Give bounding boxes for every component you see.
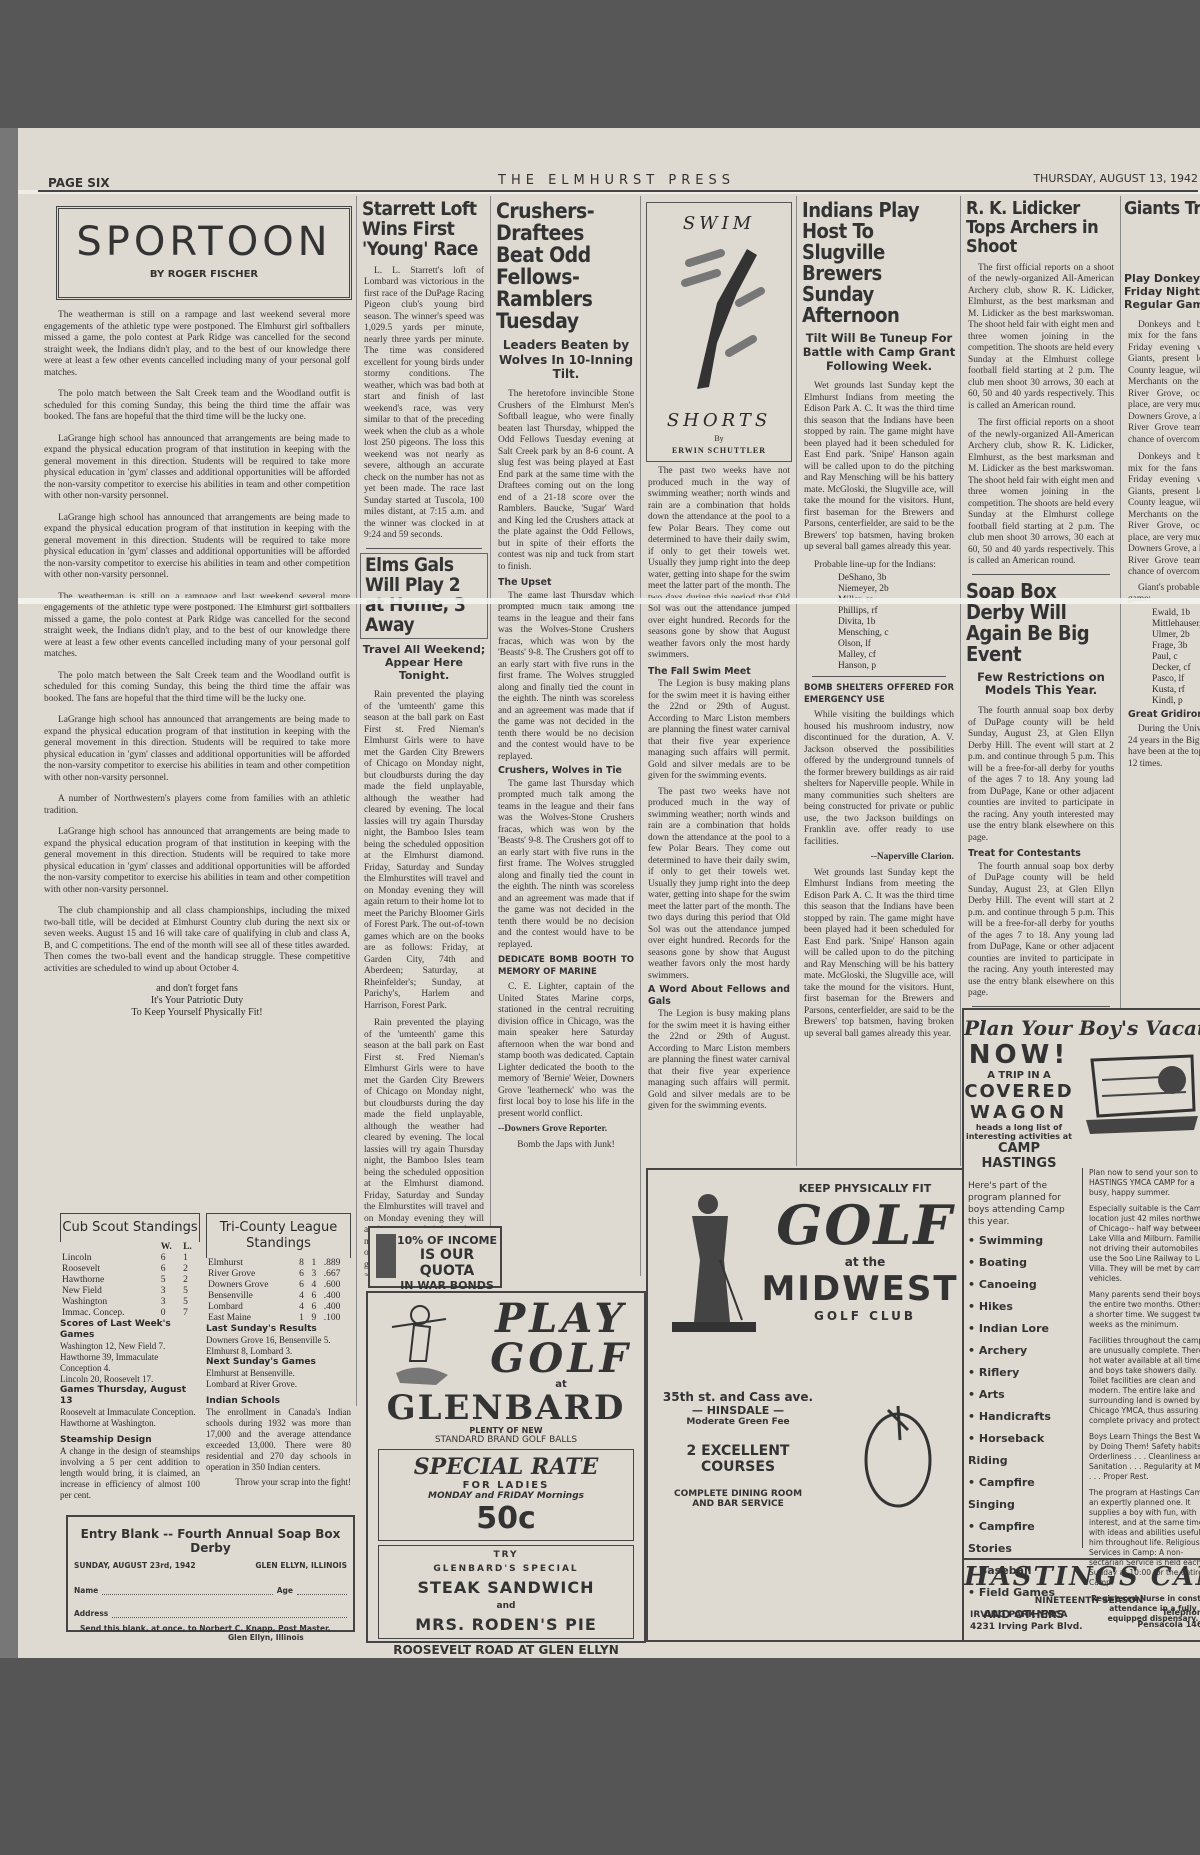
table-row: Immac. Concep.07 (60, 1308, 200, 1319)
indians-text: Wet grounds last Sunday kept the Elmhurs… (798, 866, 960, 1043)
hastings-now: NOW! (964, 1040, 1074, 1070)
result-line: Downers Grove 16, Bensenville 5. (206, 1335, 351, 1346)
lidicker-text: The first official reports on a shoot of… (962, 261, 1120, 415)
hastings-telephone: Pensacola 1468 (1137, 1620, 1200, 1629)
steamship-heading: Steamship Design (60, 1435, 200, 1446)
shorts-title: SHORTS (647, 410, 791, 431)
indians-text: Wet grounds last Sunday kept the Elmhurs… (798, 379, 960, 556)
midwest-address: 35th st. and Cass ave. (658, 1390, 818, 1404)
column-starrett: Starrett Loft Wins First 'Young' Race L.… (358, 196, 491, 1276)
giants-text: Donkeys and baseballs will again mix for… (1122, 318, 1200, 449)
swim-meet-text: The Legion is busy making plans for the … (642, 677, 796, 785)
lineup-player: Hanson, p (838, 661, 960, 672)
entry-blank-form: Entry Blank -- Fourth Annual Soap Box De… (66, 1515, 355, 1632)
midwest-bar: AND BAR SERVICE (658, 1499, 818, 1509)
starrett-text: L. L. Starrett's loft of Lombard was vic… (358, 264, 490, 544)
scan-border-top (0, 0, 1200, 128)
lineup-player: Decker, cf (1152, 663, 1200, 674)
crushers-subhead: Leaders Beaten by Wolves In 10-Inning Ti… (492, 334, 640, 385)
dedicate-text: C. E. Lighter, captain of the United Sta… (492, 980, 640, 1122)
giants-subhead: Play Donkey Baseball Friday Night and Re… (1122, 268, 1200, 316)
indians-headline: Indians Play Host To Slugville Brewers S… (798, 196, 960, 328)
hastings-heads: heads a long list of interesting activit… (964, 1123, 1074, 1141)
junk-slogan: Bomb the Japs with Junk! (492, 1138, 640, 1154)
crushers-text: The game last Thursday which prompted mu… (492, 777, 640, 954)
activity-item: • Arts (968, 1384, 1080, 1406)
swim-fellows-heading: A Word About Fellows and Gals (642, 984, 796, 1007)
war-bonds-line: 10% OF INCOME (394, 1234, 500, 1247)
hastings-headline: Plan Your Boy's Vacation (964, 1016, 1200, 1040)
activity-item: • Canoeing (968, 1274, 1080, 1296)
cub-scout-section: Cub Scout Standings W.L. Lincoln61 Roose… (60, 1213, 200, 1513)
soap-box-headline: Soap Box Derby Will Again Be Big Event (962, 579, 1120, 667)
fold-crease (18, 598, 1200, 604)
glenbards-special-text: GLENBARD'S SPECIAL (379, 1564, 633, 1574)
swim-title: SWIM (647, 213, 791, 234)
column-lidicker: R. K. Lidicker Tops Archers in Shoot The… (962, 196, 1121, 1056)
hastings-camp-label: CAMP HASTINGS (964, 1141, 1074, 1171)
table-row: Roosevelt62 (60, 1264, 200, 1275)
lineup-player: Malley, cf (838, 650, 960, 661)
gridiron-text: During the University of Michigan's 24 y… (1122, 722, 1200, 772)
send-city: Glen Ellyn, Illinois (68, 1633, 353, 1642)
hastings-ymca: IRVING PARK YMCA (970, 1610, 1067, 1620)
hastings-season: NINETEENTH SEASON (964, 1596, 1200, 1606)
activity-item: • Indian Lore (968, 1318, 1080, 1340)
result-line: Elmhurst 8, Lombard 3. (206, 1346, 351, 1357)
and-text: and (379, 1601, 633, 1611)
contestants-heading: Treat for Contestants (962, 848, 1120, 860)
glenbard-address: ROOSEVELT ROAD AT GLEN ELLYN (368, 1643, 644, 1657)
activity-item: • Riflery (968, 1362, 1080, 1384)
activity-item: • Campfire Stories (968, 1516, 1080, 1560)
table-row: Elmhurst81.889 (206, 1258, 351, 1269)
soap-box-subhead: Few Restrictions on Models This Year. (962, 667, 1120, 703)
lidicker-text: The first official reports on a shoot of… (962, 416, 1120, 570)
price: 50c (379, 1501, 633, 1536)
swim-by: By (647, 434, 791, 443)
midwest-fee: Moderate Green Fee (658, 1417, 818, 1427)
newspaper-page: PAGE SIX THE ELMHURST PRESS THURSDAY, AU… (18, 128, 1200, 1658)
lineup-player: Mensching, c (838, 628, 960, 639)
lineup-player: Divita, 1b (838, 617, 960, 628)
lineup-player: Ewald, 1b (1152, 608, 1200, 619)
closing-line: It's Your Patriotic Duty (38, 995, 356, 1007)
war-bonds-ad: 10% OF INCOME IS OUR QUOTA IN WAR BONDS (368, 1226, 502, 1288)
table-row: River Grove63.667 (206, 1269, 351, 1280)
facilities-text: Facilities throughout the camp are unusu… (1089, 1336, 1200, 1426)
entry-date: SUNDAY, AUGUST 23rd, 1942 (74, 1561, 196, 1570)
cub-scout-table: W.L. Lincoln61 Roosevelt62 Hawthorne52 N… (60, 1242, 200, 1319)
learn-text: Boys Learn Things the Best Way--by Doing… (1089, 1432, 1200, 1482)
golf-balls-text: STANDARD BRAND GOLF BALLS (368, 1435, 644, 1445)
results-heading: Last Sunday's Results (206, 1324, 351, 1335)
column-swim-shorts: SWIM SHORTS By ERWIN SCHUTTLER The past … (642, 196, 797, 1166)
flag-soldier-icon (376, 1234, 396, 1278)
table-row: Bensenville46.400 (206, 1291, 351, 1302)
giants-body: Play Donkey Baseball Friday Night and Re… (1122, 268, 1200, 1058)
steak-sandwich-box: TRY GLENBARD'S SPECIAL STEAK SANDWICH an… (378, 1545, 634, 1639)
hastings-program: Here's part of the program planned for b… (968, 1180, 1078, 1228)
activity-item: • Archery (968, 1340, 1080, 1362)
dedicate-heading: DEDICATE BOMB BOOTH TO MEMORY OF MARINE (492, 953, 640, 980)
swim-text: The past two weeks have not produced muc… (642, 464, 796, 664)
address-label: Address (74, 1609, 108, 1618)
indians-subhead: Tilt Will Be Tuneup For Battle with Camp… (798, 328, 960, 377)
soap-box-text: The fourth annual soap box derby of DuPa… (962, 704, 1120, 846)
golf-text: GOLF (478, 1339, 644, 1379)
age-field[interactable] (297, 1594, 347, 1595)
location-text: Especially suitable is the Camp location… (1089, 1204, 1200, 1284)
dedicate-source: --Downers Grove Reporter. (492, 1122, 640, 1138)
hastings-covered: COVERED (964, 1081, 1074, 1102)
play-text: PLAY (478, 1299, 644, 1339)
sportoon-paragraph: LaGrange high school has announced that … (38, 713, 356, 786)
steamship-text: A change in the design of steamships inv… (60, 1446, 200, 1501)
send-to: Send this blank, at once, to Norbert C. … (68, 1618, 353, 1633)
activity-item: • Campfire Singing (968, 1472, 1080, 1516)
address-field[interactable] (112, 1617, 347, 1618)
sportoon-title: SPORTOON (59, 219, 349, 265)
glenbard-golf-ad: PLAY GOLF at GLENBARD PLENTY OF NEW STAN… (366, 1291, 646, 1643)
sportoon-paragraph: The polo match between the Salt Creek te… (38, 669, 356, 708)
issue-date: THURSDAY, AUGUST 13, 1942 (1033, 172, 1198, 185)
activity-item: • Boating (968, 1252, 1080, 1274)
lineup-player: Phillips, rf (838, 606, 960, 617)
age-label: Age (277, 1586, 293, 1595)
indian-schools-heading: Indian Schools (206, 1396, 351, 1407)
days-text: MONDAY and FRIDAY Mornings (379, 1491, 633, 1501)
lineup-player: Frage, 3b (1152, 641, 1200, 652)
crushers-text: The heretofore invincible Stone Crushers… (492, 387, 640, 575)
soap-box-text: The fourth annual soap box derby of DuPa… (962, 860, 1120, 1002)
hastings-details: Plan now to send your son to HASTINGS YM… (1082, 1168, 1200, 1548)
scan-border-bottom (0, 1658, 1200, 1855)
closing-line: To Keep Yourself Physically Fit! (38, 1007, 356, 1019)
sportoon-paragraph: LaGrange high school has announced that … (38, 432, 356, 505)
games-heading: Games Thursday, August 13 (60, 1385, 200, 1407)
table-row: New Field35 (60, 1286, 200, 1297)
activity-item: • Handicrafts (968, 1406, 1080, 1428)
midwest-dining: COMPLETE DINING ROOM (658, 1489, 818, 1499)
tie-heading: Crushers, Wolves in Tie (492, 765, 640, 777)
hastings-trip: A TRIP IN A (964, 1070, 1074, 1081)
starrett-headline: Starrett Loft Wins First 'Young' Race (358, 196, 490, 262)
sportoon-paragraph: LaGrange high school has announced that … (38, 511, 356, 584)
masthead: PAGE SIX THE ELMHURST PRESS THURSDAY, AU… (38, 168, 1198, 192)
swim-meet-text: The Legion is busy making plans for the … (642, 1007, 796, 1115)
table-row: Lincoln61 (60, 1253, 200, 1264)
covered-wagon-icon (1082, 1050, 1200, 1140)
elms-gals-headline: Elms Gals Will Play 2 at Home, 3 Away (360, 553, 488, 639)
activity-item: • Horseback Riding (968, 1428, 1080, 1472)
table-row: Hawthorne52 (60, 1275, 200, 1286)
next-game-line: Lombard at River Grove. (206, 1379, 351, 1390)
swim-shorts-header: SWIM SHORTS By ERWIN SCHUTTLER (646, 202, 792, 462)
giants-text: Donkeys and baseballs will again mix for… (1122, 450, 1200, 581)
lineup-player: Mittlehauser, ss (1152, 619, 1200, 630)
entry-blank-title: Entry Blank -- Fourth Annual Soap Box De… (68, 1527, 353, 1555)
ladies-text: FOR LADIES (379, 1480, 633, 1491)
column-indians: Indians Play Host To Slugville Brewers S… (798, 196, 961, 1166)
hastings-camp-ad: Plan Your Boy's Vacation NOW! A TRIP IN … (962, 1008, 1200, 1642)
lineup-player: Paul, c (1152, 652, 1200, 663)
game-line: Hawthorne at Washington. (60, 1418, 200, 1429)
tri-county-title: Tri-County League Standings (206, 1213, 351, 1258)
diver-illustration-icon (677, 243, 767, 393)
war-bonds-line: IS OUR QUOTA (394, 1247, 500, 1279)
swim-meet-heading: The Fall Swim Meet (642, 666, 796, 678)
lineup-player: Olson, lf (838, 639, 960, 650)
lineup-player: Pasco, lf (1152, 674, 1200, 685)
midwest-golf-ad: KEEP PHYSICALLY FIT GOLF at the MIDWEST … (646, 1168, 964, 1642)
midwest-courses: 2 EXCELLENT COURSES (658, 1443, 818, 1475)
putting-golfer-icon (668, 1190, 758, 1340)
page-label: PAGE SIX (48, 176, 110, 190)
lineup-player: Kusta, rf (1152, 685, 1200, 696)
hastings-telephone-label: Telephone (1162, 1608, 1200, 1617)
midwest-name: MIDWEST (758, 1269, 962, 1309)
score-line: Hawthorne 39, Immaculate Conception 4. (60, 1352, 200, 1374)
entry-place: GLEN ELLYN, ILLINOIS (255, 1561, 347, 1570)
elms-gals-text: Rain prevented the playing of the 'umtee… (358, 688, 490, 1014)
special-rate-box: SPECIAL RATE FOR LADIES MONDAY and FRIDA… (378, 1449, 634, 1541)
lineup-player: Ulmer, 2b (1152, 630, 1200, 641)
bomb-shelters-heading: BOMB SHELTERS OFFERED FOR EMERGENCY USE (798, 681, 960, 708)
swim-text: The past two weeks have not produced muc… (642, 785, 796, 985)
lineup-player: Niemeyer, 2b (838, 584, 960, 595)
golf-club-text: GOLF CLUB (768, 1309, 962, 1323)
sportoon-body: The weatherman is still on a rampage and… (38, 308, 356, 1019)
indian-schools-text: The enrollment in Canada's Indian school… (206, 1407, 351, 1473)
lineup-player: DeShano, 3b (838, 573, 960, 584)
steak-text: STEAK SANDWICH (379, 1578, 633, 1597)
indians-lineup: DeShano, 3b Niemeyer, 2b Miller, ss Phil… (798, 573, 960, 672)
hastings-wagon: WAGON (964, 1102, 1074, 1123)
sportoon-paragraph: The polo match between the Salt Creek te… (38, 387, 356, 426)
parents-text: Many parents send their boys for the ent… (1089, 1290, 1200, 1330)
sportoon-byline: BY ROGER FISCHER (59, 269, 349, 280)
activity-item: • Hikes (968, 1296, 1080, 1318)
sportoon-paragraph: LaGrange high school has announced that … (38, 825, 356, 898)
crushers-headline: Crushers-Draftees Beat Odd Fellows-Rambl… (492, 196, 640, 334)
special-rate: SPECIAL RATE (379, 1454, 633, 1480)
gridiron-heading: Great Gridiron Record (1122, 707, 1200, 723)
scan-border-left (0, 128, 18, 1658)
table-row: East Maine19.100 (206, 1313, 351, 1324)
lineup-heading: Probable line-up for the Indians: (798, 558, 960, 574)
score-line: Lincoln 20, Roosevelt 17. (60, 1374, 200, 1385)
golfer-illustration-icon (386, 1301, 456, 1391)
sportoon-paragraph: A number of Northwestern's players come … (38, 792, 356, 819)
column-crushers: Crushers-Draftees Beat Odd Fellows-Rambl… (492, 196, 641, 1276)
giants-headline: Giants Travel to Bensenville and to Lomb… (1122, 196, 1200, 221)
cub-scout-title: Cub Scout Standings (60, 1213, 200, 1242)
golf-title: GOLF (768, 1195, 962, 1255)
lidicker-headline: R. K. Lidicker Tops Archers in Shoot (962, 196, 1120, 259)
midwest-town: — HINSDALE — (658, 1404, 818, 1417)
table-row: Downers Grove64.600 (206, 1280, 351, 1291)
sportoon-closing: and don't forget fans It's Your Patrioti… (38, 983, 356, 1019)
upset-text: The game last Thursday which prompted mu… (492, 589, 640, 766)
paper-name: THE ELMHURST PRESS (498, 173, 735, 188)
game-line: Roosevelt at Immaculate Conception. (60, 1407, 200, 1418)
lineup-player: Kindl, p (1152, 696, 1200, 707)
table-row: Washington35 (60, 1297, 200, 1308)
sportoon-header: SPORTOON BY ROGER FISCHER (56, 206, 352, 300)
next-games-heading: Next Sunday's Games (206, 1357, 351, 1368)
glenbard-name: GLENBARD (368, 1390, 644, 1426)
sportoon-paragraph: The weatherman is still on a rampage and… (38, 308, 356, 381)
bomb-shelters-source: --Naperville Clarion. (798, 850, 960, 866)
tri-county-table: Elmhurst81.889 River Grove63.667 Downers… (206, 1258, 351, 1324)
upset-heading: The Upset (492, 577, 640, 589)
hastings-camp-name: HASTINGS CAMP (964, 1562, 1200, 1592)
name-field[interactable] (102, 1594, 272, 1595)
golf-bag-icon (858, 1400, 938, 1510)
at-the-text: at the (768, 1255, 962, 1269)
pie-text: MRS. RODEN'S PIE (379, 1615, 633, 1634)
try-text: TRY (379, 1550, 633, 1560)
score-line: Washington 12, New Field 7. (60, 1341, 200, 1352)
name-label: Name (74, 1586, 98, 1595)
giants-lineup: Ewald, 1b Mittlehauser, ss Ulmer, 2b Fra… (1122, 608, 1200, 707)
tri-county-section: Tri-County League Standings Elmhurst81.8… (206, 1213, 351, 1513)
table-row: Lombard46.400 (206, 1302, 351, 1313)
bomb-shelters-text: While visiting the buildings which house… (798, 708, 960, 850)
plan-text: Plan now to send your son to HASTINGS YM… (1089, 1168, 1200, 1198)
sportoon-paragraph: The club championship and all class cham… (38, 904, 356, 977)
scrap-slogan: Throw your scrap into the fight! (206, 1477, 351, 1488)
next-game-line: Elmhurst at Bensenville. (206, 1368, 351, 1379)
scores-heading: Scores of Last Week's Games (60, 1319, 200, 1341)
hastings-street: 4231 Irving Park Blvd. (970, 1622, 1083, 1632)
activity-item: • Swimming (968, 1230, 1080, 1252)
closing-line: and don't forget fans (38, 983, 356, 995)
elms-gals-subhead: Travel All Weekend; Appear Here Tonight. (358, 639, 490, 687)
swim-author: ERWIN SCHUTTLER (647, 446, 791, 455)
